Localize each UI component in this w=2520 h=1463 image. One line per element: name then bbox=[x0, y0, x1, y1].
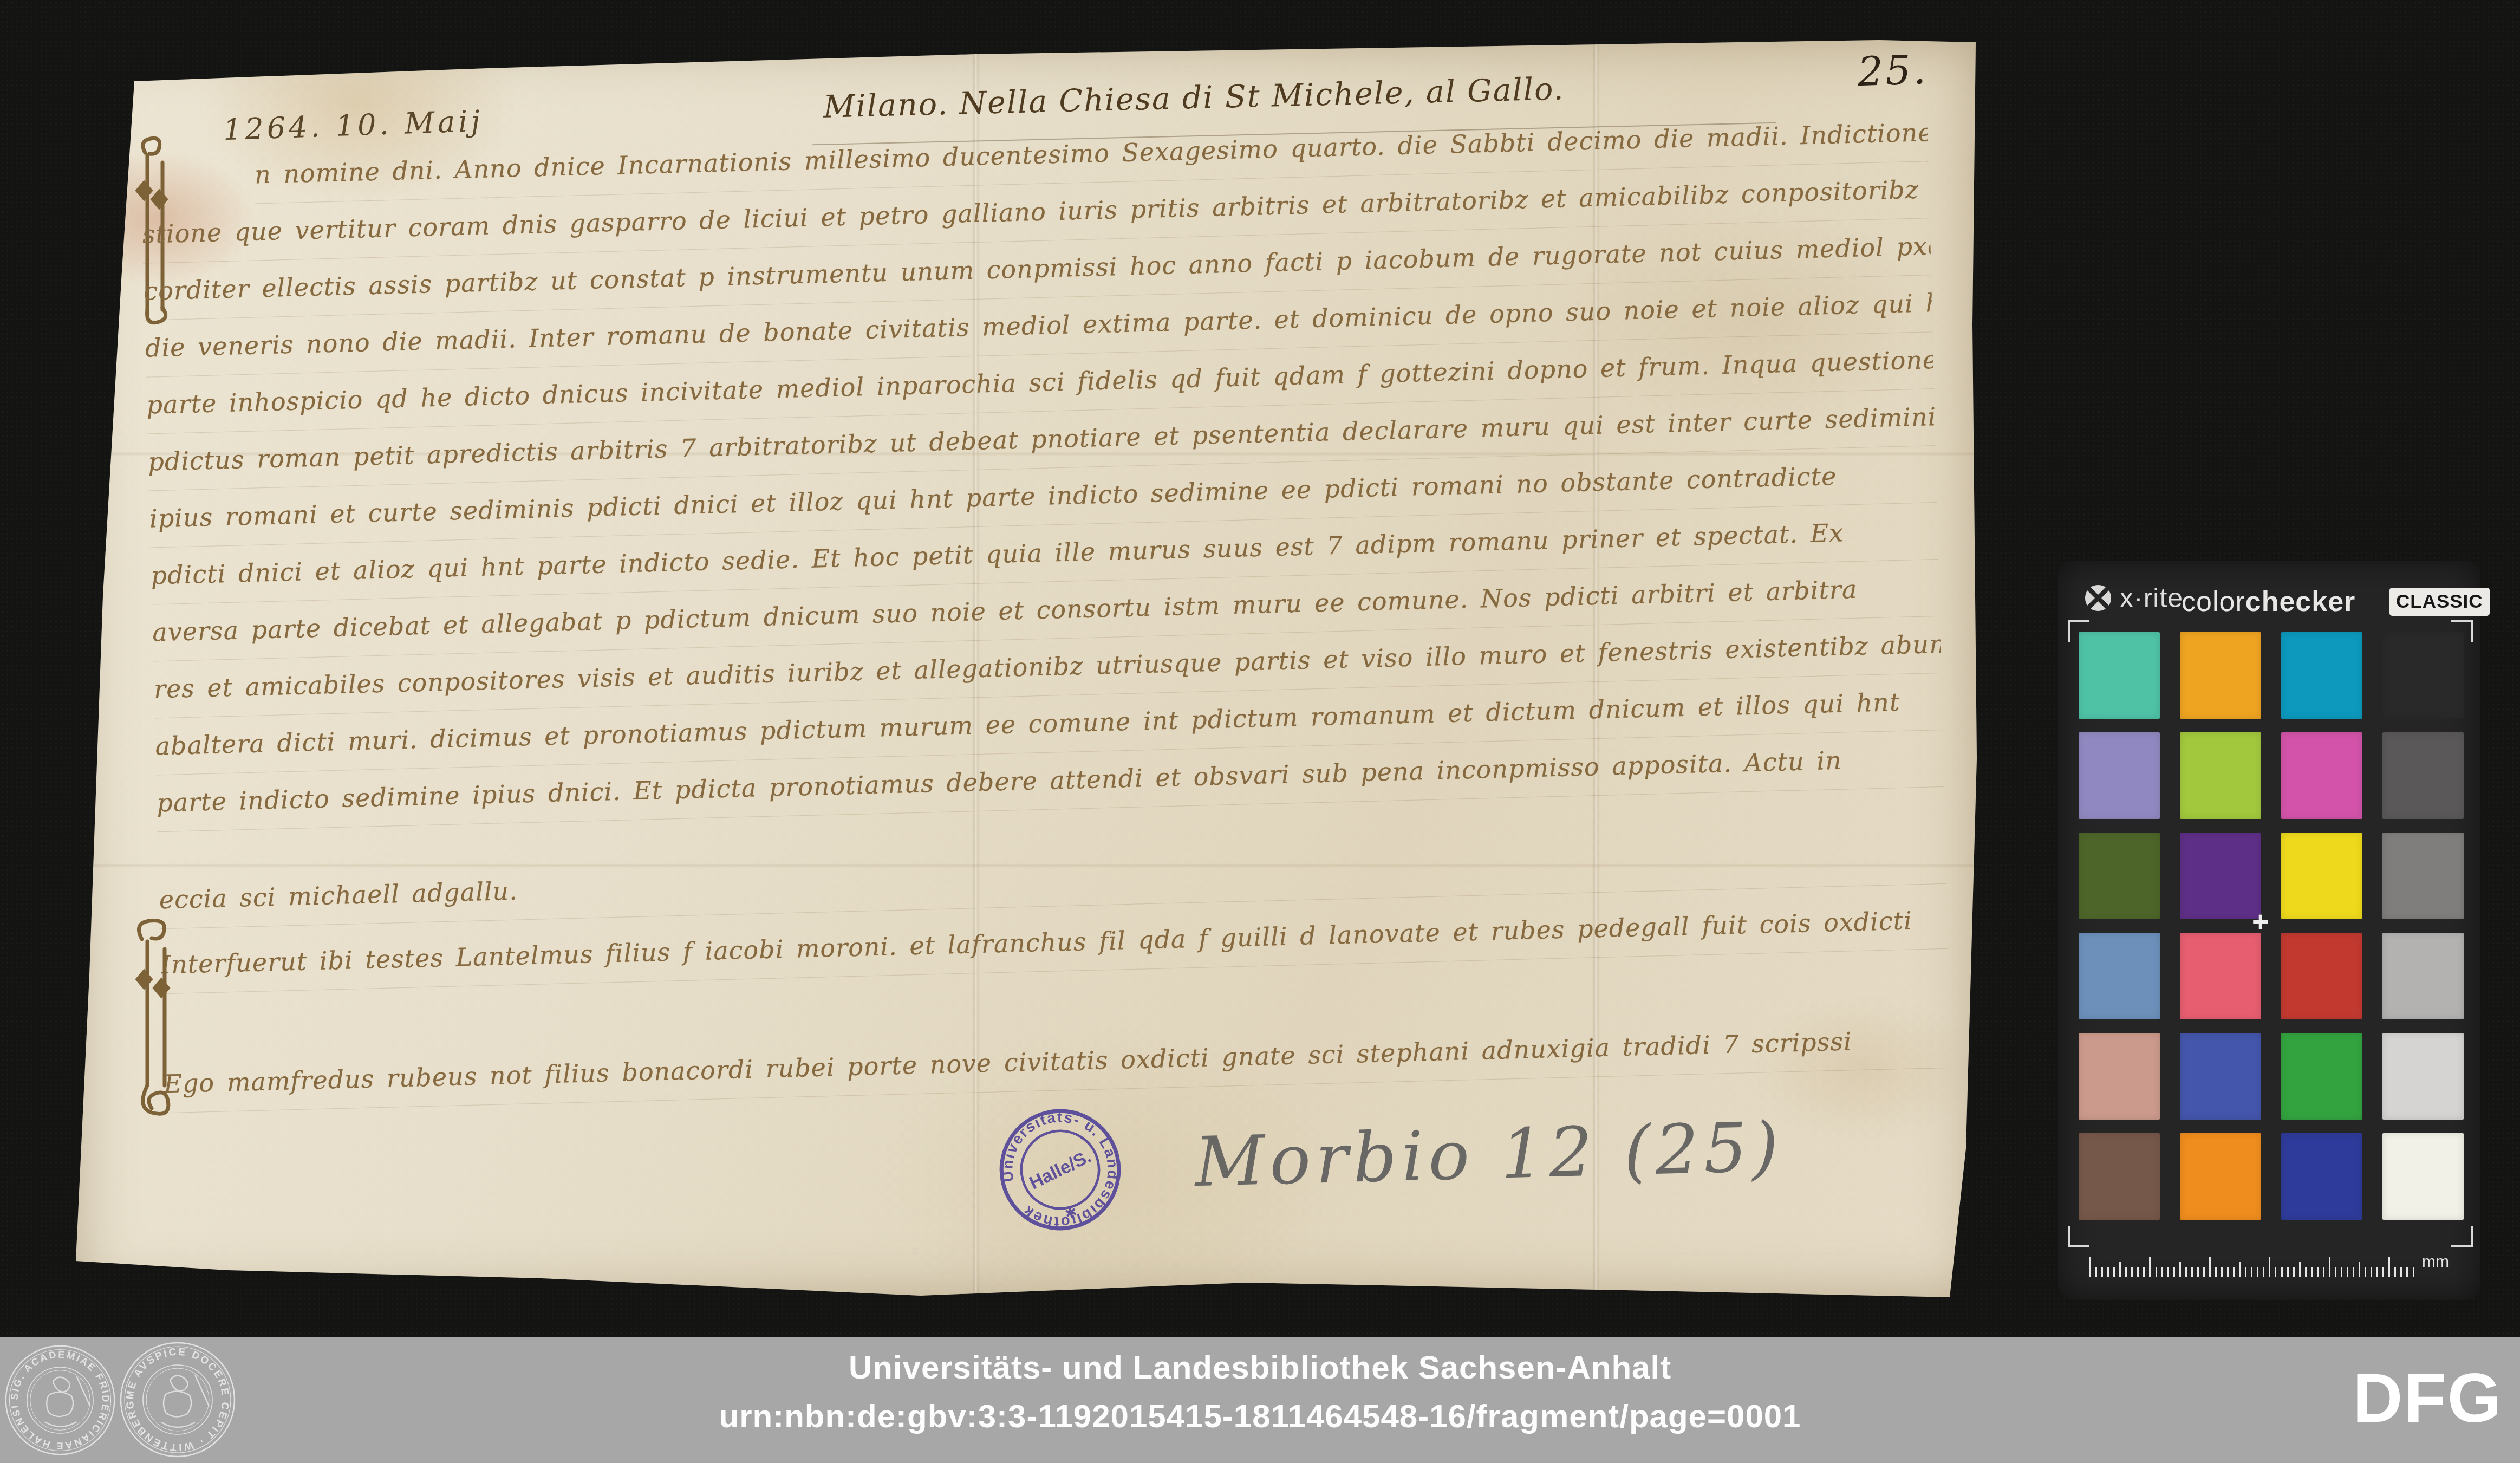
ruler-tick bbox=[2251, 1267, 2252, 1277]
colorchecker-wordmark: colorchecker bbox=[2182, 586, 2355, 618]
ruler-tick bbox=[2365, 1267, 2366, 1277]
ruler-tick bbox=[2239, 1262, 2241, 1277]
color-swatch-light-gray bbox=[2382, 933, 2464, 1019]
ruler-tick bbox=[2143, 1267, 2145, 1277]
ruler-tick bbox=[2185, 1267, 2187, 1277]
ruler-tick bbox=[2329, 1257, 2330, 1277]
ruler-tick bbox=[2197, 1267, 2199, 1277]
ruler-tick bbox=[2227, 1267, 2229, 1277]
color-swatch-dark-blue bbox=[2281, 1133, 2362, 1220]
ruler-tick bbox=[2107, 1267, 2109, 1277]
pencil-shelfmark-annotation: Morbio 12 (25) bbox=[1194, 1107, 1784, 1202]
urn-identifier-line: urn:nbn:de:gbv:3:3-1192015415-1811464548… bbox=[0, 1397, 2520, 1435]
ruler-tick bbox=[2293, 1267, 2295, 1277]
registration-corner-mark bbox=[2451, 1226, 2473, 1247]
ruler-tick bbox=[2233, 1267, 2235, 1277]
ruler-tick bbox=[2305, 1267, 2307, 1277]
wordmark-checker: checker bbox=[2245, 586, 2356, 617]
stamp-center-text: Halle/S. bbox=[1026, 1146, 1095, 1194]
ruler-tick bbox=[2257, 1267, 2258, 1277]
ruler-tick bbox=[2359, 1262, 2360, 1277]
ruler-tick bbox=[2137, 1267, 2139, 1277]
photo-background: 25. 1264. 10. Maij Milano. Nella Chiesa … bbox=[0, 0, 2520, 1463]
xrite-brand: x·rite bbox=[2084, 582, 2183, 614]
ruler-tick bbox=[2221, 1267, 2223, 1277]
ruler-unit-label: mm bbox=[2422, 1253, 2449, 1271]
ruler-tick bbox=[2101, 1267, 2103, 1277]
ruler-tick bbox=[2179, 1262, 2181, 1277]
color-swatch-dark-gray bbox=[2382, 732, 2464, 819]
color-swatch-black bbox=[2382, 632, 2464, 719]
ruler-tick bbox=[2203, 1267, 2205, 1277]
footer-band: SIG. ACADEMIAE FRIDERICIANAE HALENSIS ME… bbox=[0, 1337, 2520, 1463]
color-swatch-bluish-green bbox=[2079, 632, 2160, 719]
ruler-tick bbox=[2341, 1267, 2342, 1277]
manuscript-text-block: n nomine dni. Anno dnice Incarnationis m… bbox=[73, 0, 2005, 1299]
ruler-tick bbox=[2347, 1267, 2348, 1277]
ruler-tick bbox=[2125, 1267, 2127, 1277]
parchment-charter: 25. 1264. 10. Maij Milano. Nella Chiesa … bbox=[76, 40, 1977, 1297]
ruler-tick bbox=[2287, 1267, 2289, 1277]
manuscript-line: Ego mamfredus rubeus not filius bonacord… bbox=[164, 1024, 1951, 1113]
colorchecker-card: x·rite colorchecker CLASSIC + mm bbox=[2058, 561, 2480, 1300]
xrite-brand-name: x·rite bbox=[2120, 582, 2183, 614]
color-swatch-blue-flower bbox=[2079, 732, 2160, 819]
color-swatch-blue bbox=[2180, 1033, 2261, 1120]
ruler-tick bbox=[2167, 1267, 2169, 1277]
ruler-tick bbox=[2215, 1267, 2217, 1277]
color-swatch-foliage bbox=[2079, 833, 2160, 919]
notary-signum bbox=[126, 907, 196, 1140]
color-swatch-yellow-green bbox=[2180, 732, 2261, 819]
color-swatch-blue-sky bbox=[2079, 933, 2160, 1019]
ruler-tick bbox=[2323, 1267, 2324, 1277]
ruler-tick bbox=[2394, 1267, 2396, 1277]
ruler-tick bbox=[2191, 1267, 2193, 1277]
ruler-tick bbox=[2245, 1267, 2246, 1277]
ruler-tick bbox=[2119, 1262, 2121, 1277]
ruler-tick bbox=[2317, 1267, 2319, 1277]
color-swatch-pale-gray bbox=[2382, 1033, 2464, 1120]
ruler-tick bbox=[2269, 1257, 2270, 1277]
color-swatch-magenta bbox=[2281, 732, 2362, 819]
classic-edition-badge: CLASSIC bbox=[2389, 588, 2490, 616]
ruler-tick bbox=[2131, 1267, 2133, 1277]
ruler-tick bbox=[2161, 1267, 2163, 1277]
ruler-tick bbox=[2113, 1267, 2115, 1277]
ruler-tick bbox=[2311, 1267, 2313, 1277]
ruler-tick bbox=[2371, 1267, 2372, 1277]
ruler-tick bbox=[2209, 1257, 2211, 1277]
ruler-tick bbox=[2156, 1267, 2157, 1277]
color-swatch-green bbox=[2281, 1033, 2362, 1120]
ruler-tick bbox=[2406, 1267, 2408, 1277]
ruler-tick bbox=[2376, 1267, 2378, 1277]
color-swatch-dark-skin bbox=[2079, 1133, 2160, 1220]
ruler-tick bbox=[2173, 1267, 2175, 1277]
ruler-tick bbox=[2413, 1267, 2414, 1277]
ruler-ticks bbox=[2089, 1255, 2414, 1277]
registration-corner-mark bbox=[2068, 1226, 2089, 1247]
wordmark-color: color bbox=[2182, 586, 2245, 617]
ruler-tick bbox=[2275, 1267, 2276, 1277]
color-swatch-orange-bright bbox=[2180, 1133, 2261, 1220]
ruler-tick bbox=[2400, 1267, 2402, 1277]
ruler-tick bbox=[2382, 1267, 2384, 1277]
color-swatch-mid-gray bbox=[2382, 833, 2464, 919]
ruler-tick bbox=[2089, 1257, 2091, 1277]
color-swatch-white bbox=[2382, 1133, 2464, 1220]
color-swatch-purple bbox=[2180, 833, 2261, 919]
ruler-tick bbox=[2095, 1267, 2097, 1277]
color-swatch-red bbox=[2281, 933, 2362, 1019]
ruler-tick bbox=[2299, 1262, 2301, 1277]
dfg-funder-logo: DFG bbox=[2353, 1358, 2502, 1438]
xrite-logo-icon bbox=[2084, 584, 2112, 612]
color-swatch-light-skin bbox=[2079, 1033, 2160, 1120]
millimeter-ruler: mm bbox=[2089, 1255, 2453, 1277]
color-swatch-orange bbox=[2180, 632, 2261, 719]
color-swatch-yellow bbox=[2281, 833, 2362, 919]
color-swatch-cyan bbox=[2281, 632, 2362, 719]
ruler-tick bbox=[2388, 1257, 2390, 1277]
color-swatch-grid bbox=[2079, 632, 2464, 1220]
ruler-tick bbox=[2149, 1257, 2151, 1277]
library-name-line: Universitäts- und Landesbibliothek Sachs… bbox=[0, 1349, 2520, 1386]
digitized-manuscript-photo: { "photo": { "page_number": "25.", "date… bbox=[0, 0, 2520, 1463]
ruler-tick bbox=[2335, 1267, 2336, 1277]
center-cross-mark: + bbox=[2252, 905, 2269, 939]
ruler-tick bbox=[2263, 1267, 2264, 1277]
color-swatch-moderate-red bbox=[2180, 933, 2261, 1019]
ruler-tick bbox=[2281, 1267, 2283, 1277]
ruler-tick bbox=[2353, 1267, 2354, 1277]
